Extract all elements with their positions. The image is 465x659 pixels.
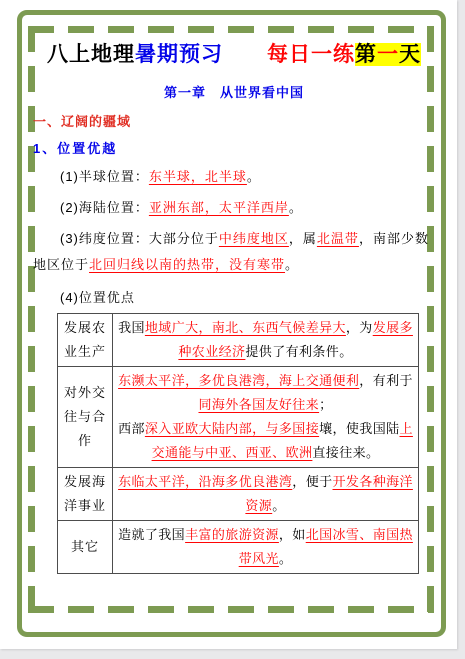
row-content-other: 造就了我国丰富的旅游资源，如北国冰雪、南国热带风光。	[113, 521, 419, 574]
subsection-heading: 1、位置优越	[33, 139, 435, 159]
paragraph-hemisphere-position: (1)半球位置：东半球，北半球。	[33, 164, 435, 190]
table-row: 对外交往与合作 东濒太平洋，多优良港湾，海上交通便利，有利于同海外各国友好往来；…	[58, 367, 419, 468]
row-content-agriculture: 我国地域广大，南北、东西气候差异大，为发展多种农业经济提供了有利条件。	[113, 314, 419, 367]
row-header-foreign-exchange: 对外交往与合作	[58, 367, 113, 468]
section-heading: 一、辽阔的疆域	[33, 112, 435, 132]
row-content-marine: 东临太平洋，沿海多优良港湾，便于开发各种海洋资源。	[113, 468, 419, 521]
advantages-table: 发展农业生产 我国地域广大，南北、东西气候差异大，为发展多种农业经济提供了有利条…	[57, 313, 419, 574]
document-content: 八上地理暑期预习 每日一练第一天 第一章 从世界看中国 一、辽阔的疆域 1、位置…	[33, 40, 435, 574]
row-header-agriculture: 发展农业生产	[58, 314, 113, 367]
row-header-other: 其它	[58, 521, 113, 574]
cell-paragraph: 东临太平洋，沿海多优良港湾，便于开发各种海洋资源。	[117, 470, 414, 518]
table-row: 发展海洋事业 东临太平洋，沿海多优良港湾，便于开发各种海洋资源。	[58, 468, 419, 521]
dashed-border-bottom	[28, 606, 434, 613]
paragraph-land-sea-position: (2)海陆位置：亚洲东部，太平洋西岸。	[33, 195, 435, 221]
table-row: 发展农业生产 我国地域广大，南北、东西气候差异大，为发展多种农业经济提供了有利条…	[58, 314, 419, 367]
chapter-subtitle: 第一章 从世界看中国	[33, 84, 435, 102]
paragraph-position-advantages: (4)位置优点	[33, 287, 435, 309]
document-page: 八上地理暑期预习 每日一练第一天 第一章 从世界看中国 一、辽阔的疆域 1、位置…	[0, 0, 457, 649]
dashed-border-top	[28, 26, 434, 33]
cell-paragraph: 东濒太平洋，多优良港湾，海上交通便利，有利于同海外各国友好往来；	[117, 369, 414, 417]
screenshot-stage: 八上地理暑期预习 每日一练第一天 第一章 从世界看中国 一、辽阔的疆域 1、位置…	[0, 0, 465, 659]
cell-paragraph: 西部深入亚欧大陆内部，与多国接壤，使我国陆上交通能与中亚、西亚、欧洲直接往来。	[117, 417, 414, 465]
row-content-foreign-exchange: 东濒太平洋，多优良港湾，海上交通便利，有利于同海外各国友好往来； 西部深入亚欧大…	[113, 367, 419, 468]
row-header-marine: 发展海洋事业	[58, 468, 113, 521]
cell-paragraph: 我国地域广大，南北、东西气候差异大，为发展多种农业经济提供了有利条件。	[117, 316, 414, 364]
paragraph-latitude-position: (3)纬度位置：大部分位于中纬度地区，属北温带，南部少数地区位于北回归线以南的热…	[33, 226, 435, 278]
page-title: 八上地理暑期预习 每日一练第一天	[33, 40, 435, 70]
cell-paragraph: 造就了我国丰富的旅游资源，如北国冰雪、南国热带风光。	[117, 523, 414, 571]
table-row: 其它 造就了我国丰富的旅游资源，如北国冰雪、南国热带风光。	[58, 521, 419, 574]
